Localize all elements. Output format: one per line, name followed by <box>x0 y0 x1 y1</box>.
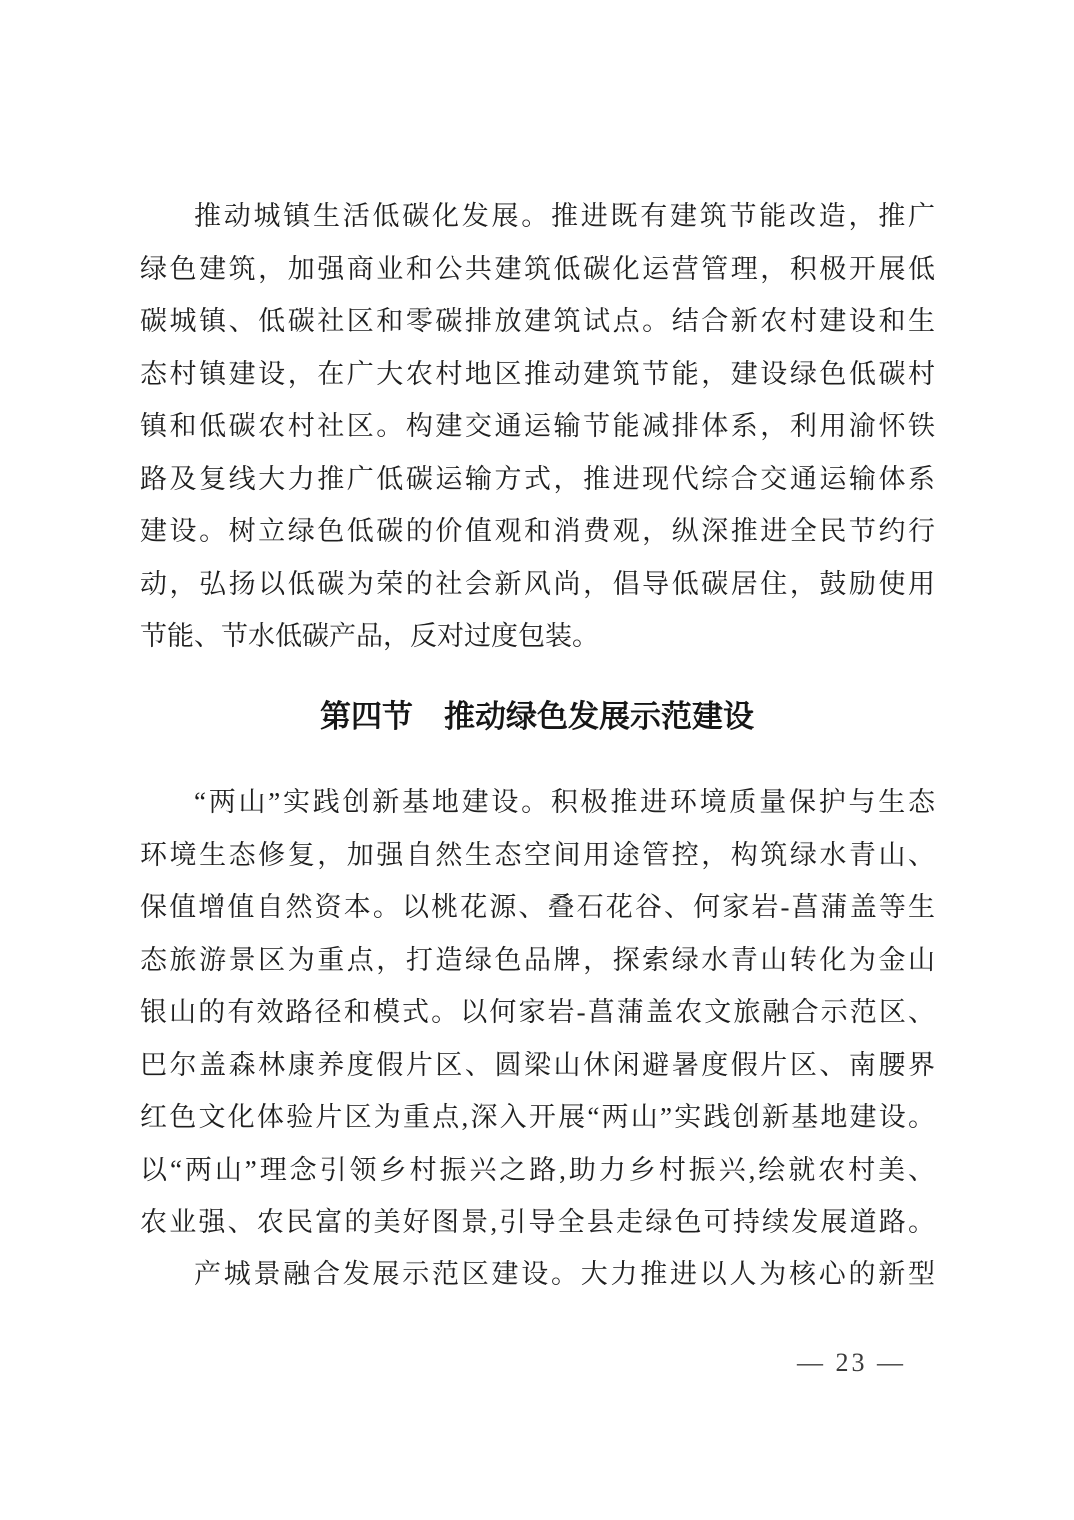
text-line: 推动城镇生活低碳化发展。推进既有建筑节能改造，推广 <box>140 190 935 243</box>
text-line: 建设。树立绿色低碳的价值观和消费观，纵深推进全民节约行 <box>140 505 935 558</box>
text-line: 动，弘扬以低碳为荣的社会新风尚，倡导低碳居住，鼓励使用 <box>140 558 935 611</box>
text-line: 银山的有效路径和模式。以何家岩-菖蒲盖农文旅融合示范区、 <box>140 986 935 1039</box>
text-line: 绿色建筑，加强商业和公共建筑低碳化运营管理，积极开展低 <box>140 243 935 296</box>
text-line: 以“两山”理念引领乡村振兴之路,助力乡村振兴,绘就农村美、 <box>140 1144 935 1197</box>
text-line: 农业强、农民富的美好图景,引导全县走绿色可持续发展道路。 <box>140 1196 935 1249</box>
paragraph-low-carbon-life: 推动城镇生活低碳化发展。推进既有建筑节能改造，推广 绿色建筑，加强商业和公共建筑… <box>140 190 935 663</box>
page-number: — 23 — <box>797 1346 906 1380</box>
text-line: 产城景融合发展示范区建设。大力推进以人为核心的新型 <box>140 1248 935 1301</box>
section-heading: 第四节 推动绿色发展示范建设 <box>0 690 1074 744</box>
text-line: 节能、节水低碳产品，反对过度包装。 <box>140 610 935 663</box>
text-line: 态旅游景区为重点，打造绿色品牌，探索绿水青山转化为金山 <box>140 934 935 987</box>
text-line: 路及复线大力推广低碳运输方式，推进现代综合交通运输体系 <box>140 453 935 506</box>
text-line: 巴尔盖森林康养度假片区、圆梁山休闲避暑度假片区、南腰界 <box>140 1039 935 1092</box>
document-page: 推动城镇生活低碳化发展。推进既有建筑节能改造，推广 绿色建筑，加强商业和公共建筑… <box>0 0 1074 1520</box>
text-line: 保值增值自然资本。以桃花源、叠石花谷、何家岩-菖蒲盖等生 <box>140 881 935 934</box>
paragraph-two-mountains: “两山”实践创新基地建设。积极推进环境质量保护与生态 环境生态修复，加强自然生态… <box>140 776 935 1249</box>
paragraph-industry-city-scenery: 产城景融合发展示范区建设。大力推进以人为核心的新型 <box>140 1248 935 1301</box>
text-line: 碳城镇、低碳社区和零碳排放建筑试点。结合新农村建设和生 <box>140 295 935 348</box>
text-line: 态村镇建设，在广大农村地区推动建筑节能，建设绿色低碳村 <box>140 348 935 401</box>
text-line: 红色文化体验片区为重点,深入开展“两山”实践创新基地建设。 <box>140 1091 935 1144</box>
text-line: 环境生态修复，加强自然生态空间用途管控，构筑绿水青山、 <box>140 829 935 882</box>
text-line: “两山”实践创新基地建设。积极推进环境质量保护与生态 <box>140 776 935 829</box>
text-line: 镇和低碳农村社区。构建交通运输节能减排体系，利用渝怀铁 <box>140 400 935 453</box>
